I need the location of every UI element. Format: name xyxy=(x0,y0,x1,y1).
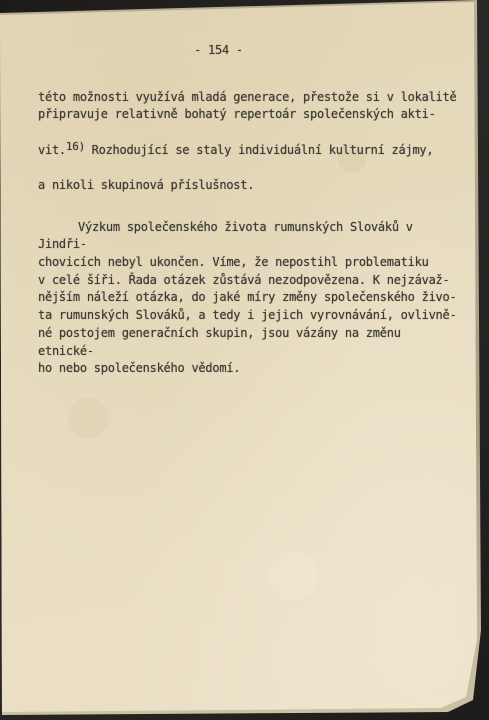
paragraph-1: této možnosti využívá mladá generace, př… xyxy=(38,71,463,213)
page-number: - 154 - xyxy=(38,42,459,60)
paragraph-1-lines: této možnosti využívá mladá generace, př… xyxy=(38,89,463,124)
paragraph-1-last-line: a nikoli skupinová příslušnost. xyxy=(38,177,463,195)
text-block: této možnosti využívá mladá generace, př… xyxy=(38,71,463,378)
footnote-marker: 16) xyxy=(66,140,85,153)
footnote-line: vit.16)Rozhodující se staly individuální… xyxy=(38,142,463,160)
page-content: - 154 - této možnosti využívá mladá gene… xyxy=(0,0,489,720)
paragraph-2: Výzkum společenského života rumunských S… xyxy=(38,219,463,378)
scanned-page: - 154 - této možnosti využívá mladá gene… xyxy=(0,0,489,720)
footnote-line-before: vit. xyxy=(38,143,66,157)
footnote-line-after: Rozhodující se staly individuální kultur… xyxy=(92,143,434,157)
